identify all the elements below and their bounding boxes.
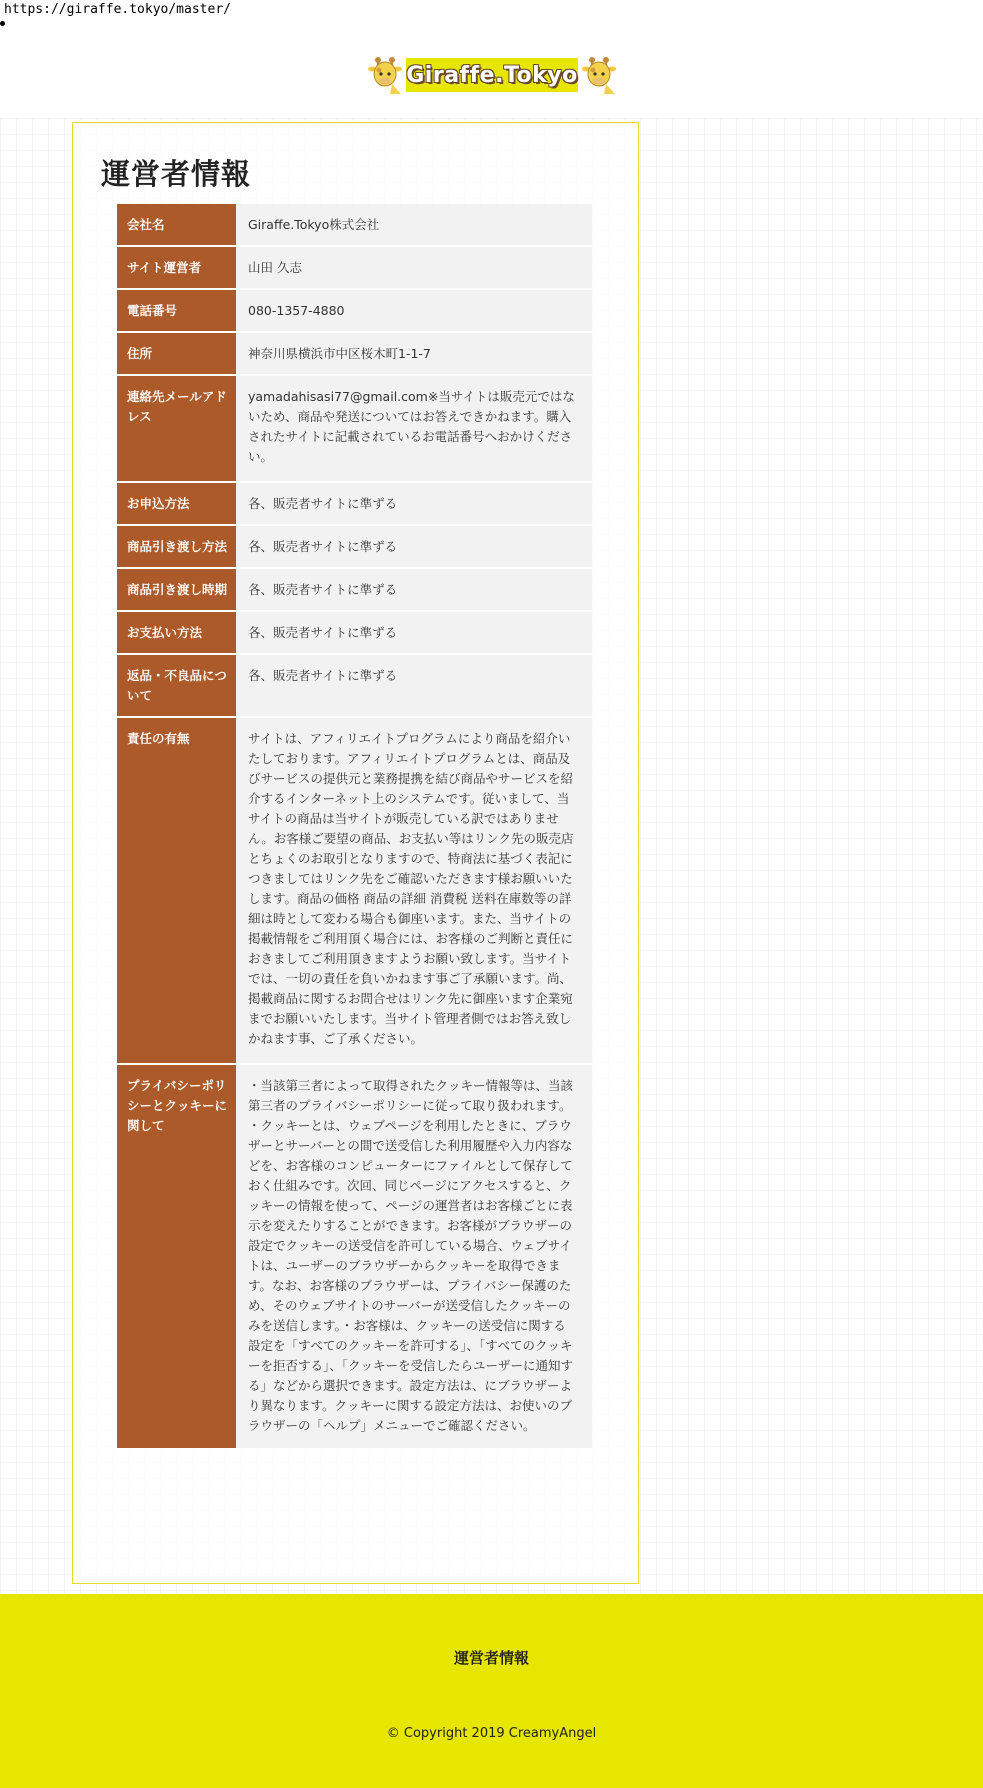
row-value: 各、販売者サイトに準ずる [236, 482, 592, 525]
row-value: サイトは、アフィリエイトプログラムにより商品を紹介いたしております。アフィリエイ… [236, 717, 592, 1064]
operator-info-table: 会社名 Giraffe.Tokyo株式会社 サイト運営者 山田 久志 電話番号 … [117, 204, 592, 1448]
row-value: yamadahisasi77@gmail.com※当サイトは販売元ではないため、… [236, 375, 592, 482]
row-label: 連絡先メールアドレス [117, 375, 236, 482]
table-row: 住所 神奈川県横浜市中区桜木町1-1-7 [117, 332, 592, 375]
row-value: Giraffe.Tokyo株式会社 [236, 204, 592, 246]
table-row: 商品引き渡し時期 各、販売者サイトに準ずる [117, 568, 592, 611]
footer: 運営者情報 © Copyright 2019 CreamyAngel [0, 1594, 983, 1788]
row-value: 各、販売者サイトに準ずる [236, 654, 592, 717]
table-row: 電話番号 080-1357-4880 [117, 289, 592, 332]
row-value: 080-1357-4880 [236, 289, 592, 332]
row-label: 返品・不良品について [117, 654, 236, 717]
table-row: 会社名 Giraffe.Tokyo株式会社 [117, 204, 592, 246]
row-value: 各、販売者サイトに準ずる [236, 525, 592, 568]
row-value: 各、販売者サイトに準ずる [236, 568, 592, 611]
table-row: サイト運営者 山田 久志 [117, 246, 592, 289]
row-label: 商品引き渡し時期 [117, 568, 236, 611]
giraffe-icon [368, 56, 402, 94]
row-value: 各、販売者サイトに準ずる [236, 611, 592, 654]
table-row: 連絡先メールアドレス yamadahisasi77@gmail.com※当サイト… [117, 375, 592, 482]
row-label: お申込方法 [117, 482, 236, 525]
table-row: 返品・不良品について 各、販売者サイトに準ずる [117, 654, 592, 717]
row-value: 山田 久志 [236, 246, 592, 289]
giraffe-icon [582, 56, 616, 94]
table-row: 商品引き渡し方法 各、販売者サイトに準ずる [117, 525, 592, 568]
footer-link-operator-info[interactable]: 運営者情報 [0, 1647, 983, 1668]
row-label: 商品引き渡し方法 [117, 525, 236, 568]
table-row: お支払い方法 各、販売者サイトに準ずる [117, 611, 592, 654]
copyright-text: © Copyright 2019 CreamyAngel [0, 1726, 983, 1741]
logo-text: Giraffe.Tokyo [406, 58, 578, 92]
row-label: 電話番号 [117, 289, 236, 332]
bullet-marker [0, 21, 5, 26]
site-logo-link[interactable]: Giraffe.Tokyo [368, 55, 616, 95]
row-label: 会社名 [117, 204, 236, 246]
row-label: サイト運営者 [117, 246, 236, 289]
top-area: https://giraffe.tokyo/master/ Giraffe.To… [0, 0, 983, 118]
page-url: https://giraffe.tokyo/master/ [4, 2, 231, 17]
row-value: ・当該第三者によって取得されたクッキー情報等は、当該第三者のプライバシーポリシー… [236, 1064, 592, 1448]
row-value: 神奈川県横浜市中区桜木町1-1-7 [236, 332, 592, 375]
row-label: プライバシーポリシーとクッキーに関して [117, 1064, 236, 1448]
table-row: プライバシーポリシーとクッキーに関して ・当該第三者によって取得されたクッキー情… [117, 1064, 592, 1448]
table-row: 責任の有無 サイトは、アフィリエイトプログラムにより商品を紹介いたしております。… [117, 717, 592, 1064]
row-label: 住所 [117, 332, 236, 375]
row-label: お支払い方法 [117, 611, 236, 654]
table-row: お申込方法 各、販売者サイトに準ずる [117, 482, 592, 525]
row-label: 責任の有無 [117, 717, 236, 1064]
page-title: 運営者情報 [101, 152, 251, 193]
